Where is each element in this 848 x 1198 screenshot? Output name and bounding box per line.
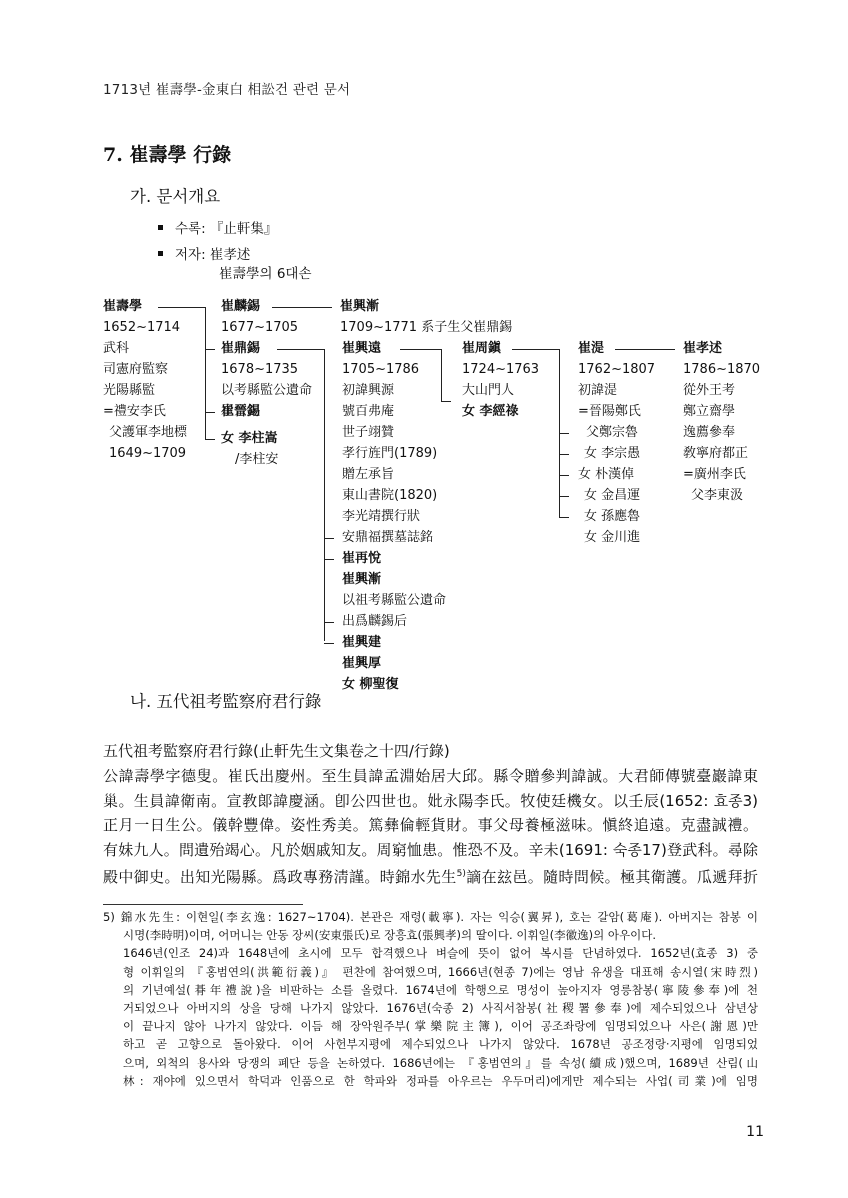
tree-connector (324, 538, 334, 539)
footnote-line: 이 끝나지 않아 나가지 않았다. 이듬 해 장악원주부(掌樂院主簿), 이어 … (103, 1017, 758, 1035)
bullet-author: 저자: 崔孝述 (158, 243, 250, 263)
tree-connector (615, 349, 675, 350)
tree-connector (324, 643, 334, 644)
tree-connector (205, 412, 215, 413)
tree-node-gen6-hyosul: 崔孝述 1786~1870 從外王考 鄭立齋學 逸薦參奉 敎寧府都正 =廣州李氏… (683, 338, 760, 506)
footnote-line: 시명(李時明)이며, 어머니는 안동 장씨(安東張氏)로 장흥효(張興孝)의 딸… (103, 926, 758, 944)
tree-connector (441, 349, 442, 402)
bullet-square-icon (158, 225, 163, 230)
bullet-author-continuation: 崔壽學의 6대손 (219, 262, 312, 282)
tree-node-gen3-heungjeom-adopted: 崔興漸 1709~1771 系子生父崔鼎錫 (340, 296, 512, 338)
tree-connector (324, 622, 334, 623)
tree-node-gen2-lin: 崔麟錫 1677~1705 (221, 296, 298, 338)
tree-connector (559, 517, 569, 518)
subsection-title-overview: 가. 문서개요 (130, 183, 220, 207)
tree-node-gen3-heungwon: 崔興遠 1705~1786 初諱興源 號百弗庵 世子翊贊 孝行旌門(1789) … (342, 338, 446, 695)
body-paragraph: 公諱壽學字德叟。崔氏出慶州。至生員諱孟淵始居大邱。縣令贈參判諱誠。大君師傳號臺巖… (103, 764, 758, 890)
body-line: 公諱壽學字德叟。崔氏出慶州。至生員諱孟淵始居大邱。縣令贈參判諱誠。大君師傳號臺巖… (103, 764, 758, 789)
body-line: 有妹九人。問遺殆竭心。凡於姻戚知友。周窮恤患。惟恐不及。辛未(1691: 숙종1… (103, 838, 758, 863)
tree-connector (277, 349, 325, 350)
tree-connector (400, 349, 442, 350)
body-line: 巢。生員諱衛南。宣教郞諱慶涵。卽公四世也。妣永陽李氏。牧使廷機女。以壬辰(165… (103, 789, 758, 814)
footnote-line: 의 기년예설(朞年禮說)을 비판하는 소를 올렸다. 1674년에 학행으로 명… (103, 981, 758, 999)
tree-node-gen5-sik: 崔湜 1762~1807 初諱湜 =晉陽鄭氏 父鄭宗魯 女 李宗愚 女 朴漢倬 … (578, 338, 655, 548)
subsection-title-record: 나. 五代祖考監察府君行錄 (130, 688, 321, 712)
tree-node-gen2-daughter: 女 李柱嵩 /李柱安 (221, 428, 278, 470)
tree-connector (205, 439, 215, 440)
body-line: 殿中御史。出知光陽縣。爲政專務淸謹。時錦水先生5)謫在玆邑。隨時問候。極其衛護。… (103, 862, 758, 890)
footnote-line: 형 이휘일의 『홍범연의(洪範衍義)』 편찬에 참여했으며, 1666년(현종 … (103, 963, 758, 981)
footnote-line: 5) 錦水先生: 이현일(李玄逸: 1627~1704). 본관은 재령(載寧)… (103, 908, 758, 926)
tree-connector (559, 454, 569, 455)
running-header: 1713년 崔壽學-金東白 相訟건 관련 문서 (103, 78, 350, 98)
tree-connector (205, 307, 206, 440)
tree-node-gen2-jin: 崔晉錫 (221, 401, 260, 422)
page-number: 11 (746, 1124, 764, 1140)
tree-connector (272, 307, 332, 308)
body-line: 正月一日生公。儀幹豐偉。姿性秀美。篤彝倫輕貨財。事父母養極滋味。愼終追遠。克盡誠… (103, 813, 758, 838)
footnote-line: 하고 곧 고향으로 돌아왔다. 이어 사헌부지평에 제수되었으나 나가지 않았다… (103, 1035, 758, 1053)
document-title: 五代祖考監察府君行錄(止軒先生文集卷之十四/行錄) (103, 740, 450, 761)
bullet-square-icon (158, 251, 163, 256)
footnote-line: 거되었으나 아버지의 상을 당해 나가지 않았다. 1676년(숙종 2) 사직… (103, 999, 758, 1017)
footnote-reference[interactable]: 5) (457, 869, 466, 879)
tree-node-gen1: 崔壽學 1652~1714 武科 司憲府監察 光陽縣監 =禮安李氏 父護軍李地標… (103, 296, 187, 464)
tree-connector (158, 307, 206, 308)
tree-connector (559, 496, 569, 497)
tree-connector (512, 349, 560, 350)
footnote-line: 林: 재야에 있으면서 학덕과 인품으로 한 학파와 정파를 아우르는 우두머리… (103, 1072, 758, 1090)
tree-connector (559, 475, 569, 476)
tree-connector (559, 433, 569, 434)
tree-connector (441, 401, 451, 402)
section-title: 7. 崔壽學 行錄 (103, 140, 231, 167)
footnote: 5) 錦水先生: 이현일(李玄逸: 1627~1704). 본관은 재령(載寧)… (103, 908, 758, 1090)
footnote-divider (103, 904, 303, 905)
footnote-line: 1646년(인조 24)과 1648년에 초시에 모두 합격했으나 벼슬에 뜻이… (103, 944, 758, 962)
tree-connector (205, 349, 215, 350)
tree-connector (324, 349, 325, 641)
tree-node-gen4-jujin: 崔周鎭 1724~1763 大山門人 女 李經祿 (462, 338, 539, 422)
bullet-source: 수록: 『止軒集』 (158, 217, 277, 237)
footnote-line: 으며, 외척의 용사와 당쟁의 폐단 등을 논하였다. 1686년에는 『홍범연… (103, 1054, 758, 1072)
tree-connector (324, 559, 334, 560)
